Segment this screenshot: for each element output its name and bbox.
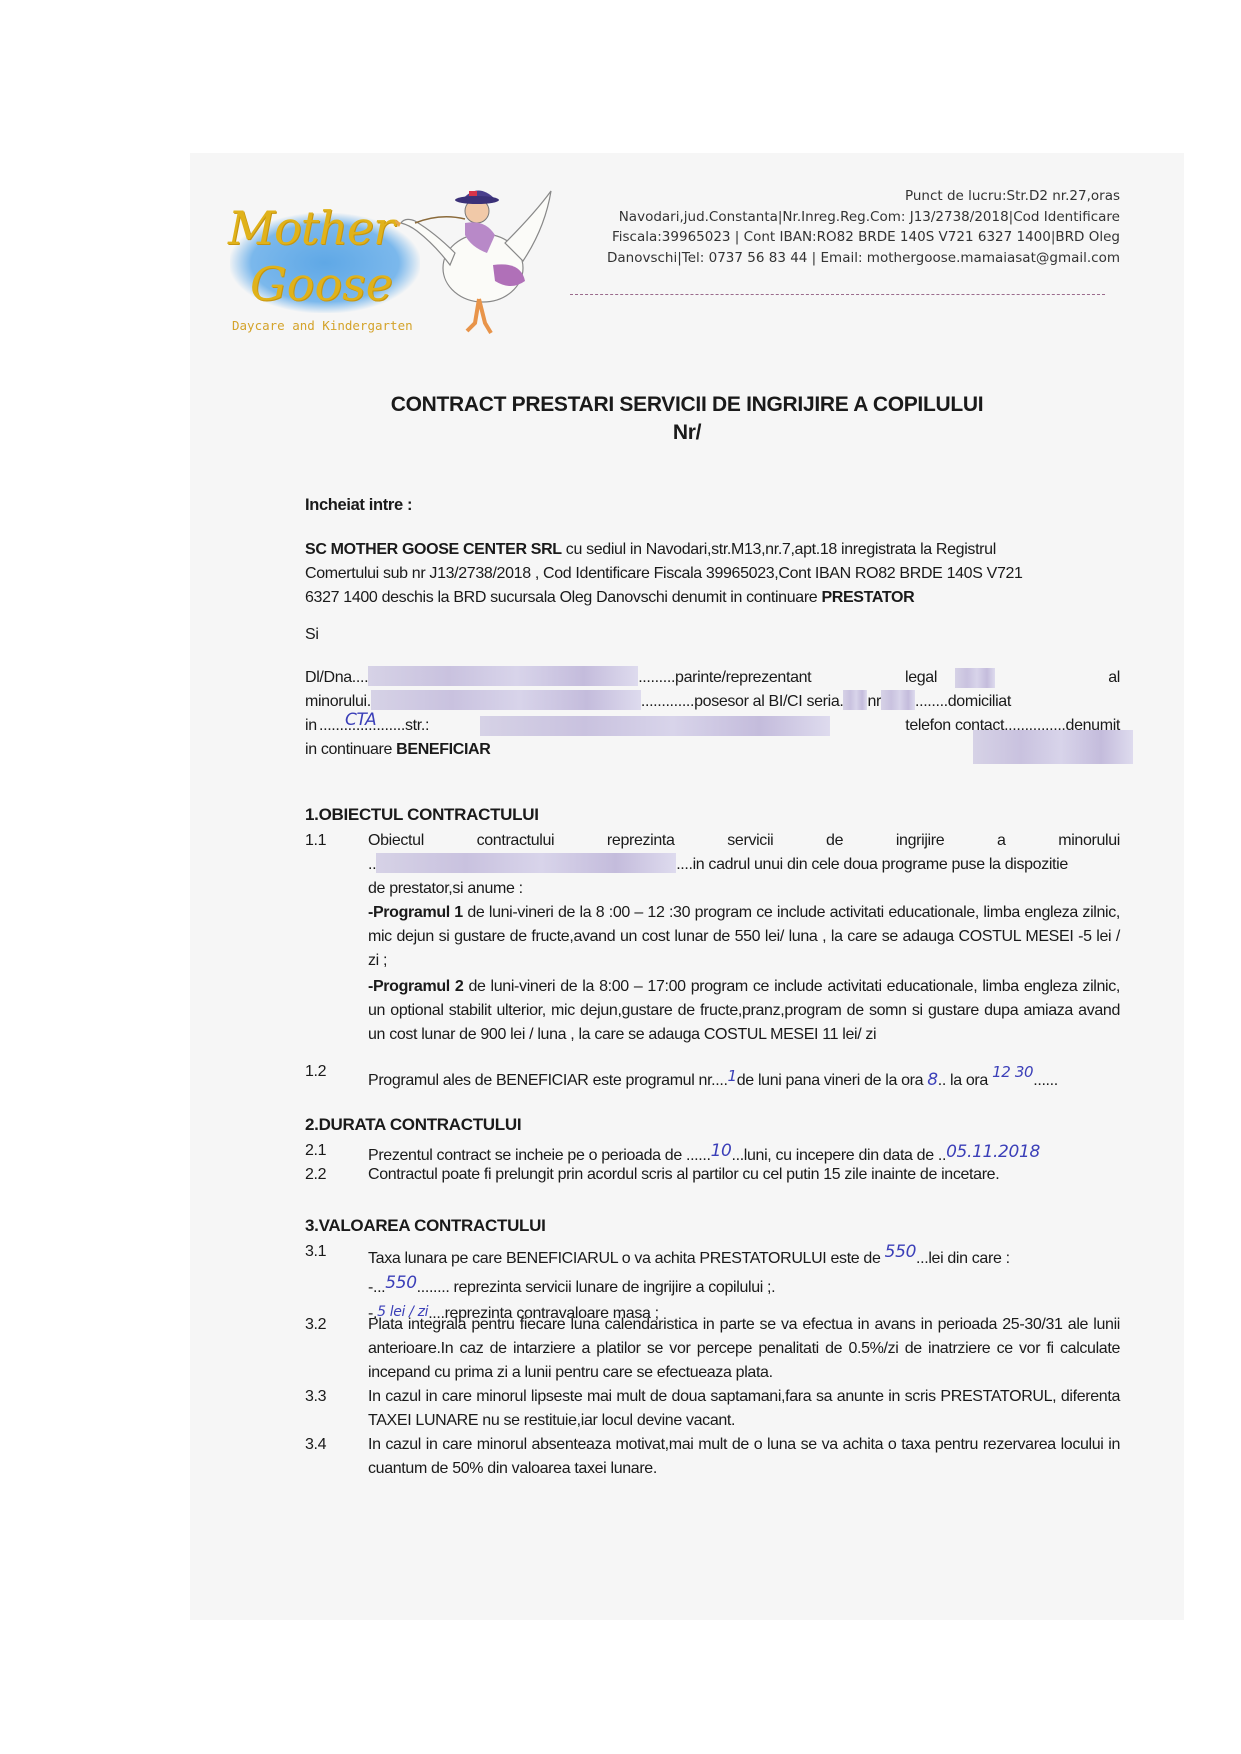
clause-text: Plata integrala pentru fiecare luna cale… [368, 1313, 1120, 1385]
clause-number: 1.1 [305, 829, 326, 853]
redacted-child-name [376, 853, 676, 873]
provider-role: PRESTATOR [821, 589, 914, 606]
provider-text: cu sediul in Navodari,str.M13,nr.7,apt.1… [562, 541, 996, 558]
clause-3-1: 3.1 Taxa lunara pe care BENEFICIARUL o v… [305, 1240, 1120, 1312]
clause-text: Taxa lunara pe care BENEFICIARUL o va ac… [368, 1250, 885, 1267]
redacted-field [955, 668, 995, 688]
beneficiary-text: .............posesor al BI/CI seria. [641, 693, 844, 710]
beneficiary-text: nr [867, 693, 881, 710]
handwritten-start-date: 05.11.2018 [946, 1142, 1040, 1162]
program-1-text: de luni-vineri de la 8 :00 – 12 :30 prog… [368, 904, 1120, 969]
clause-number: 1.2 [305, 1060, 326, 1084]
company-info-line: Punct de lucru:Str.D2 nr.27,oras [560, 186, 1120, 207]
program-1-label: -Programul 1 [368, 904, 463, 921]
clause-3-2: 3.2 Plata integrala pentru fiecare luna … [305, 1313, 1120, 1385]
logo-tagline: Daycare and Kindergarten [232, 318, 413, 333]
clause-number: 3.1 [305, 1240, 326, 1264]
clause-text: ........ reprezinta servicii lunare de i… [417, 1279, 776, 1296]
logo-word-mother: Mother [228, 201, 394, 255]
beneficiary-text: ........domiciliat [915, 693, 1011, 710]
scanned-contract-page: Mother Goose Daycare and Kindergarten Pu… [190, 153, 1184, 1620]
redacted-phone [973, 730, 1133, 764]
beneficiary-text: al [1108, 666, 1120, 690]
beneficiary-text: legal [905, 666, 937, 690]
redacted-street [480, 716, 830, 736]
provider-name: SC MOTHER GOOSE CENTER SRL [305, 541, 562, 558]
contract-number-label: Nr/ [190, 421, 1184, 445]
redacted-id-series [843, 690, 867, 710]
handwritten-monthly-total: 550 [885, 1242, 916, 1262]
beneficiary-role: BENEFICIAR [396, 741, 490, 758]
clause-text: Prezentul contract se incheie pe o perio… [368, 1147, 711, 1164]
provider-paragraph: SC MOTHER GOOSE CENTER SRL cu sediul in … [305, 538, 1120, 610]
clause-number: 2.2 [305, 1163, 326, 1187]
program-2-text: de luni-vineri de la 8:00 – 17:00 progra… [368, 978, 1120, 1043]
beneficiary-text: .........parinte/reprezentant [638, 669, 811, 686]
clause-text: de prestator,si anume : [368, 877, 1120, 901]
clause-1-1: 1.1 Obiectul contractului reprezinta ser… [305, 829, 1120, 1059]
clause-text: In cazul in care minorul absenteaza moti… [368, 1433, 1120, 1481]
clause-text: de luni pana vineri de la ora [737, 1072, 928, 1089]
beneficiary-text: in continuare [305, 741, 396, 758]
clause-text: ...lei din care : [916, 1250, 1010, 1267]
logo-word-goose: Goose [250, 257, 393, 311]
handwritten-end-hour: 12 30 [992, 1063, 1033, 1081]
clause-number: 3.4 [305, 1433, 326, 1457]
clause-text: -... [368, 1279, 385, 1296]
clause-text: .. la ora [938, 1072, 992, 1089]
handwritten-care-fee: 550 [385, 1273, 416, 1293]
clause-text: ...luni, cu incepere din data de .. [732, 1147, 947, 1164]
company-info-line: Fiscala:39965023 | Cont IBAN:RO82 BRDE 1… [560, 227, 1120, 248]
program-2-label: -Programul 2 [368, 978, 463, 995]
concluded-between-label: Incheiat intre : [305, 493, 1120, 517]
provider-text: 6327 1400 deschis la BRD sucursala Oleg … [305, 589, 821, 606]
program-2-description: -Programul 2 de luni-vineri de la 8:00 –… [368, 975, 1120, 1047]
beneficiary-text: in [305, 717, 317, 734]
clause-number: 2.1 [305, 1139, 326, 1163]
company-contact-info: Punct de lucru:Str.D2 nr.27,oras Navodar… [560, 186, 1120, 268]
clause-text: Contractul poate fi prelungit prin acord… [368, 1163, 1120, 1187]
clause-text: Obiectul contractului reprezinta servici… [368, 829, 1120, 853]
handwritten-duration-months: 10 [711, 1141, 732, 1161]
mother-goose-logo: Mother Goose Daycare and Kindergarten [220, 173, 540, 333]
program-1-description: -Programul 1 de luni-vineri de la 8 :00 … [368, 901, 1120, 973]
company-info-line: Navodari,jud.Constanta|Nr.Inreg.Reg.Com:… [560, 207, 1120, 228]
redacted-parent-name [368, 666, 638, 686]
clause-number: 3.3 [305, 1385, 326, 1409]
clause-3-3: 3.3 In cazul in care minorul lipseste ma… [305, 1385, 1120, 1433]
document-title: CONTRACT PRESTARI SERVICII DE INGRIJIRE … [190, 393, 1184, 417]
section-heading-value: 3.VALOAREA CONTRACTULUI [305, 1216, 546, 1236]
handwritten-program-number: 1 [728, 1067, 737, 1085]
clause-3-4: 3.4 In cazul in care minorul absenteaza … [305, 1433, 1120, 1481]
clause-text: ....in cadrul unui din cele doua program… [676, 856, 1068, 873]
goose-illustration-icon [395, 173, 555, 338]
clause-text: .. [368, 856, 376, 873]
provider-text: Comertului sub nr J13/2738/2018 , Cod Id… [305, 562, 1120, 586]
company-info-line: Danovschi|Tel: 0737 56 83 44 | Email: mo… [560, 248, 1120, 269]
redacted-child-name [371, 690, 641, 710]
redacted-id-number [881, 690, 915, 710]
section-heading-duration: 2.DURATA CONTRACTULUI [305, 1115, 521, 1135]
handwritten-start-hour: 8 [927, 1070, 937, 1090]
section-heading-object: 1.OBIECTUL CONTRACTULUI [305, 805, 539, 825]
clause-number: 3.2 [305, 1313, 326, 1337]
beneficiary-text: Dl/Dna.... [305, 669, 368, 686]
clause-text: In cazul in care minorul lipseste mai mu… [368, 1385, 1120, 1433]
and-label: Si [305, 623, 1120, 647]
beneficiary-text: .....................str.: [319, 714, 429, 738]
beneficiary-paragraph: Dl/Dna.............parinte/reprezentant … [305, 666, 1120, 762]
clause-text: Programul ales de BENEFICIAR este progra… [368, 1072, 728, 1089]
clause-text: ...... [1033, 1072, 1058, 1089]
header-divider [570, 294, 1105, 295]
